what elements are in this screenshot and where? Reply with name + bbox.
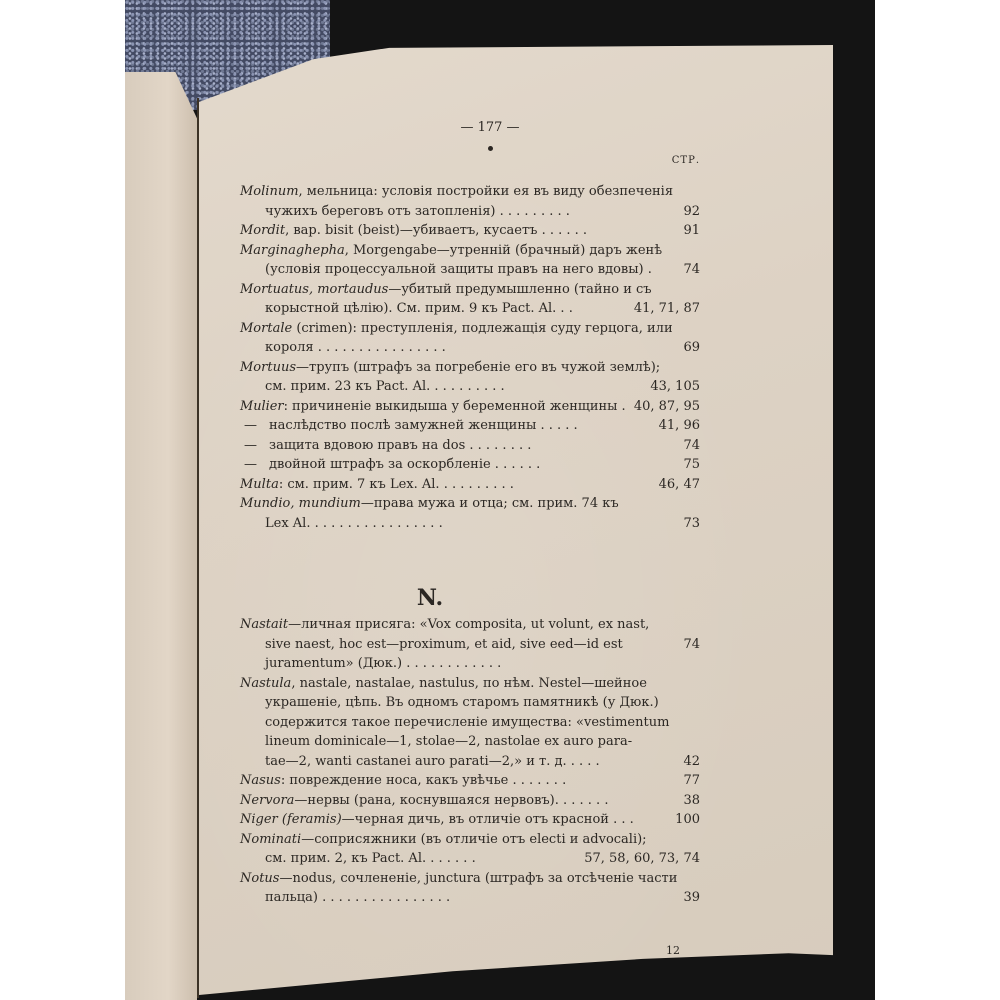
entry-text: Mortale (crimen): преступленія, подлежащ… <box>240 319 673 339</box>
entry-text: Mordit, вар. bisit (beist)—убиваетъ, кус… <box>240 221 587 241</box>
index-entry: Mortuus—трупъ (штрафъ за погребеніе его … <box>240 358 700 397</box>
entry-text: tae—2, wanti castanei auro parati—2,» и … <box>240 752 600 772</box>
index-line: Nervora—нервы (рана, коснувшаяся нервовъ… <box>240 791 700 811</box>
entry-text: Mortuus—трупъ (штрафъ за погребеніе его … <box>240 358 660 378</box>
entry-text: Molinum, мельница: условія постройки ея … <box>240 182 673 202</box>
definition-text: —нервы (рана, коснувшаяся нервовъ). . . … <box>294 793 608 808</box>
index-line: Molinum, мельница: условія постройки ея … <box>240 182 700 202</box>
definition-text: корыстной цѣлію). См. прим. 9 къ Pact. A… <box>265 301 573 316</box>
index-term: Nominati <box>240 832 301 847</box>
definition-text: см. прим. 23 къ Pact. Al. . . . . . . . … <box>265 379 505 394</box>
page-references: 41, 71, 87 <box>634 299 700 319</box>
index-entry: Mortale (crimen): преступленія, подлежащ… <box>240 319 700 358</box>
definition-text: , вар. bisit (beist)—убиваетъ, кусаетъ .… <box>285 223 587 238</box>
index-line: корыстной цѣлію). См. прим. 9 къ Pact. A… <box>240 299 700 319</box>
entry-text: Nervora—нервы (рана, коснувшаяся нервовъ… <box>240 791 608 811</box>
index-entry: Multa: см. прим. 7 къ Lex. Al. . . . . .… <box>240 475 700 495</box>
entry-text: Nastula, nastale, nastalae, nastulus, по… <box>240 674 647 694</box>
index-term: Notus <box>240 871 279 886</box>
definition-text: чужихъ береговъ отъ затопленія) . . . . … <box>265 204 570 219</box>
entry-text: sive naest, hoc est—proximum, et aid, si… <box>240 635 623 655</box>
definition-text: (условія процессуальной защиты правъ на … <box>265 262 652 277</box>
page-references: 92 <box>683 202 700 222</box>
page-references: 39 <box>683 888 700 908</box>
column-label-pages: СТР. <box>672 155 700 166</box>
entry-text: Nominati—соприсяжники (въ отличіе отъ el… <box>240 830 647 850</box>
entry-text: пальца) . . . . . . . . . . . . . . . . <box>240 888 450 908</box>
index-line: чужихъ береговъ отъ затопленія) . . . . … <box>240 202 700 222</box>
definition-text: короля . . . . . . . . . . . . . . . . <box>265 340 446 355</box>
entry-text: Multa: см. прим. 7 къ Lex. Al. . . . . .… <box>240 475 514 495</box>
index-line: Niger (feramis)—черная дичь, въ отличіе … <box>240 810 700 830</box>
definition-text: , nastale, nastalae, nastulus, по нѣм. N… <box>291 676 647 691</box>
entry-text: —наслѣдство послѣ замужней женщины . . .… <box>240 416 578 436</box>
index-entry: Nasus: повреждение носа, какъ увѣчье . .… <box>240 771 700 791</box>
index-term: Multa <box>240 477 279 492</box>
index-term: Mortale <box>240 321 292 336</box>
index-term: Molinum <box>240 184 299 199</box>
page-references: 74 <box>683 635 700 655</box>
entry-text: Mulier: причиненіе выкидыша у беременной… <box>240 397 626 417</box>
index-entry: Mundio, mundium—права мужа и отца; см. п… <box>240 494 700 533</box>
index-line: juramentum» (Дюк.) . . . . . . . . . . .… <box>240 654 700 674</box>
index-line: Mulier: причиненіе выкидыша у беременной… <box>240 397 700 417</box>
ditto-dash: — <box>240 436 269 456</box>
index-line: Multa: см. прим. 7 къ Lex. Al. . . . . .… <box>240 475 700 495</box>
index-term: Mortuus <box>240 360 296 375</box>
index-entry: Nominati—соприсяжники (въ отличіе отъ el… <box>240 830 700 869</box>
definition-text: : причиненіе выкидыша у беременной женщи… <box>284 399 626 414</box>
index-entries-n: Nastait—личная присяга: «Vox composita, … <box>240 615 700 908</box>
entry-text: см. прим. 23 къ Pact. Al. . . . . . . . … <box>240 377 505 397</box>
definition-text: (crimen): преступленія, подлежащія суду … <box>292 321 672 336</box>
index-line: Mundio, mundium—права мужа и отца; см. п… <box>240 494 700 514</box>
index-line: Mordit, вар. bisit (beist)—убиваетъ, кус… <box>240 221 700 241</box>
page-references: 74 <box>683 260 700 280</box>
entry-text: juramentum» (Дюк.) . . . . . . . . . . .… <box>240 654 501 674</box>
left-page <box>125 72 197 1000</box>
entry-text: Notus—nodus, сочлененіе, junctura (штраф… <box>240 869 677 889</box>
definition-text: tae—2, wanti castanei auro parati—2,» и … <box>265 754 600 769</box>
entry-text: Mortuatus, mortaudus—убитый предумышленн… <box>240 280 652 300</box>
entry-text: Niger (feramis)—черная дичь, въ отличіе … <box>240 810 634 830</box>
index-line: —двойной штрафъ за оскорбленіе . . . . .… <box>240 455 700 475</box>
index-line: Notus—nodus, сочлененіе, junctura (штраф… <box>240 869 700 889</box>
entry-text: чужихъ береговъ отъ затопленія) . . . . … <box>240 202 570 222</box>
index-entry: Marginaghepha, Morgengabe—утренній (брач… <box>240 241 700 280</box>
page-references: 75 <box>683 455 700 475</box>
index-entry: Mordit, вар. bisit (beist)—убиваетъ, кус… <box>240 221 700 241</box>
index-term: Mortuatus, mortaudus <box>240 282 388 297</box>
index-line: содержится такое перечисленіе имущества:… <box>240 713 700 733</box>
index-line: sive naest, hoc est—proximum, et aid, si… <box>240 635 700 655</box>
index-line: см. прим. 23 къ Pact. Al. . . . . . . . … <box>240 377 700 397</box>
entry-text: корыстной цѣлію). См. прим. 9 къ Pact. A… <box>240 299 573 319</box>
page-references: 74 <box>683 436 700 456</box>
definition-text: наслѣдство послѣ замужней женщины . . . … <box>269 418 578 433</box>
page-references: 100 <box>675 810 700 830</box>
definition-text: , мельница: условія постройки ея въ виду… <box>299 184 674 199</box>
definition-text: Lex Al. . . . . . . . . . . . . . . . . <box>265 516 443 531</box>
index-entry: Nastait—личная присяга: «Vox composita, … <box>240 615 700 674</box>
definition-text: —убитый предумышленно (тайно и съ <box>388 282 651 297</box>
definition-text: : повреждение носа, какъ увѣчье . . . . … <box>281 773 566 788</box>
definition-text: , Morgengabe—утренній (брачный) даръ жен… <box>345 243 662 258</box>
definition-text: украшеніе, цѣпь. Въ одномъ старомъ памят… <box>265 695 659 710</box>
index-line: —защита вдовою правъ на dos . . . . . . … <box>240 436 700 456</box>
index-line: tae—2, wanti castanei auro parati—2,» и … <box>240 752 700 772</box>
index-entries-m: Molinum, мельница: условія постройки ея … <box>240 182 700 533</box>
ditto-dash: — <box>240 455 269 475</box>
index-term: Nervora <box>240 793 294 808</box>
page-references: 38 <box>683 791 700 811</box>
index-line: Marginaghepha, Morgengabe—утренній (брач… <box>240 241 700 261</box>
entry-text: содержится такое перечисленіе имущества:… <box>240 713 669 733</box>
entry-text: Nasus: повреждение носа, какъ увѣчье . .… <box>240 771 566 791</box>
entry-text: Marginaghepha, Morgengabe—утренній (брач… <box>240 241 662 261</box>
entry-text: lineum dominicale—1, stolae—2, nastolae … <box>240 732 632 752</box>
index-term: Nastait <box>240 617 288 632</box>
page-references: 46, 47 <box>659 475 700 495</box>
index-entry: Notus—nodus, сочлененіе, junctura (штраф… <box>240 869 700 908</box>
page-references: 69 <box>683 338 700 358</box>
index-entry: Mulier: причиненіе выкидыша у беременной… <box>240 397 700 475</box>
index-line: Mortale (crimen): преступленія, подлежащ… <box>240 319 700 339</box>
entry-text: короля . . . . . . . . . . . . . . . . <box>240 338 446 358</box>
index-term: Mulier <box>240 399 284 414</box>
definition-text: двойной штрафъ за оскорбленіе . . . . . … <box>269 457 540 472</box>
section-heading: N. <box>400 585 460 611</box>
definition-text: —личная присяга: «Vox composita, ut volu… <box>288 617 649 632</box>
definition-text: см. прим. 2, къ Pact. Al. . . . . . . <box>265 851 476 866</box>
entry-text: Mundio, mundium—права мужа и отца; см. п… <box>240 494 619 514</box>
page-references: 91 <box>683 221 700 241</box>
index-line: украшеніе, цѣпь. Въ одномъ старомъ памят… <box>240 693 700 713</box>
index-entry: Molinum, мельница: условія постройки ея … <box>240 182 700 221</box>
index-line: Nasus: повреждение носа, какъ увѣчье . .… <box>240 771 700 791</box>
signature-mark: 12 <box>666 944 680 957</box>
page-number: — 177 — <box>430 120 550 135</box>
definition-text: lineum dominicale—1, stolae—2, nastolae … <box>265 734 632 749</box>
page-references: 40, 87, 95 <box>634 397 700 417</box>
page-references: 57, 58, 60, 73, 74 <box>584 849 700 869</box>
index-line: Nominati—соприсяжники (въ отличіе отъ el… <box>240 830 700 850</box>
index-entry: Nervora—нервы (рана, коснувшаяся нервовъ… <box>240 791 700 811</box>
definition-text: sive naest, hoc est—proximum, et aid, si… <box>265 637 623 652</box>
page-references: 43, 105 <box>650 377 700 397</box>
index-term: Mordit <box>240 223 285 238</box>
definition-text: : см. прим. 7 къ Lex. Al. . . . . . . . … <box>279 477 514 492</box>
index-term: Niger (feramis) <box>240 812 342 827</box>
index-line: —наслѣдство послѣ замужней женщины . . .… <box>240 416 700 436</box>
index-line: Nastula, nastale, nastalae, nastulus, по… <box>240 674 700 694</box>
index-line: пальца) . . . . . . . . . . . . . . . .3… <box>240 888 700 908</box>
entry-text: (условія процессуальной защиты правъ на … <box>240 260 652 280</box>
definition-text: —черная дичь, въ отличіе отъ красной . .… <box>342 812 634 827</box>
index-line: Lex Al. . . . . . . . . . . . . . . . .7… <box>240 514 700 534</box>
page-references: 42 <box>683 752 700 772</box>
ditto-dash: — <box>240 416 269 436</box>
book-gutter <box>197 98 199 998</box>
index-line: см. прим. 2, къ Pact. Al. . . . . . .57,… <box>240 849 700 869</box>
entry-text: Nastait—личная присяга: «Vox composita, … <box>240 615 649 635</box>
entry-text: см. прим. 2, къ Pact. Al. . . . . . . <box>240 849 476 869</box>
entry-text: украшеніе, цѣпь. Въ одномъ старомъ памят… <box>240 693 659 713</box>
definition-text: —соприсяжники (въ отличіе отъ electi и a… <box>301 832 646 847</box>
entry-text: Lex Al. . . . . . . . . . . . . . . . . <box>240 514 443 534</box>
print-dot <box>488 146 493 151</box>
definition-text: juramentum» (Дюк.) . . . . . . . . . . .… <box>265 656 501 671</box>
index-term: Nasus <box>240 773 281 788</box>
index-line: lineum dominicale—1, stolae—2, nastolae … <box>240 732 700 752</box>
definition-text: защита вдовою правъ на dos . . . . . . .… <box>269 438 531 453</box>
index-line: Nastait—личная присяга: «Vox composita, … <box>240 615 700 635</box>
index-line: короля . . . . . . . . . . . . . . . .69 <box>240 338 700 358</box>
index-entry: Mortuatus, mortaudus—убитый предумышленн… <box>240 280 700 319</box>
definition-text: —права мужа и отца; см. прим. 74 къ <box>361 496 619 511</box>
index-term: Mundio, mundium <box>240 496 361 511</box>
entry-text: —защита вдовою правъ на dos . . . . . . … <box>240 436 531 456</box>
index-entry: Niger (feramis)—черная дичь, въ отличіе … <box>240 810 700 830</box>
index-term: Nastula <box>240 676 291 691</box>
index-line: Mortuus—трупъ (штрафъ за погребеніе его … <box>240 358 700 378</box>
definition-text: содержится такое перечисленіе имущества:… <box>265 715 669 730</box>
page-references: 77 <box>683 771 700 791</box>
definition-text: пальца) . . . . . . . . . . . . . . . . <box>265 890 450 905</box>
index-line: Mortuatus, mortaudus—убитый предумышленн… <box>240 280 700 300</box>
definition-text: —трупъ (штрафъ за погребеніе его въ чужо… <box>296 360 660 375</box>
index-entry: Nastula, nastale, nastalae, nastulus, по… <box>240 674 700 772</box>
entry-text: —двойной штрафъ за оскорбленіе . . . . .… <box>240 455 540 475</box>
page-references: 41, 96 <box>659 416 700 436</box>
definition-text: —nodus, сочлененіе, junctura (штрафъ за … <box>279 871 677 886</box>
page-references: 73 <box>683 514 700 534</box>
index-line: (условія процессуальной защиты правъ на … <box>240 260 700 280</box>
index-term: Marginaghepha <box>240 243 345 258</box>
